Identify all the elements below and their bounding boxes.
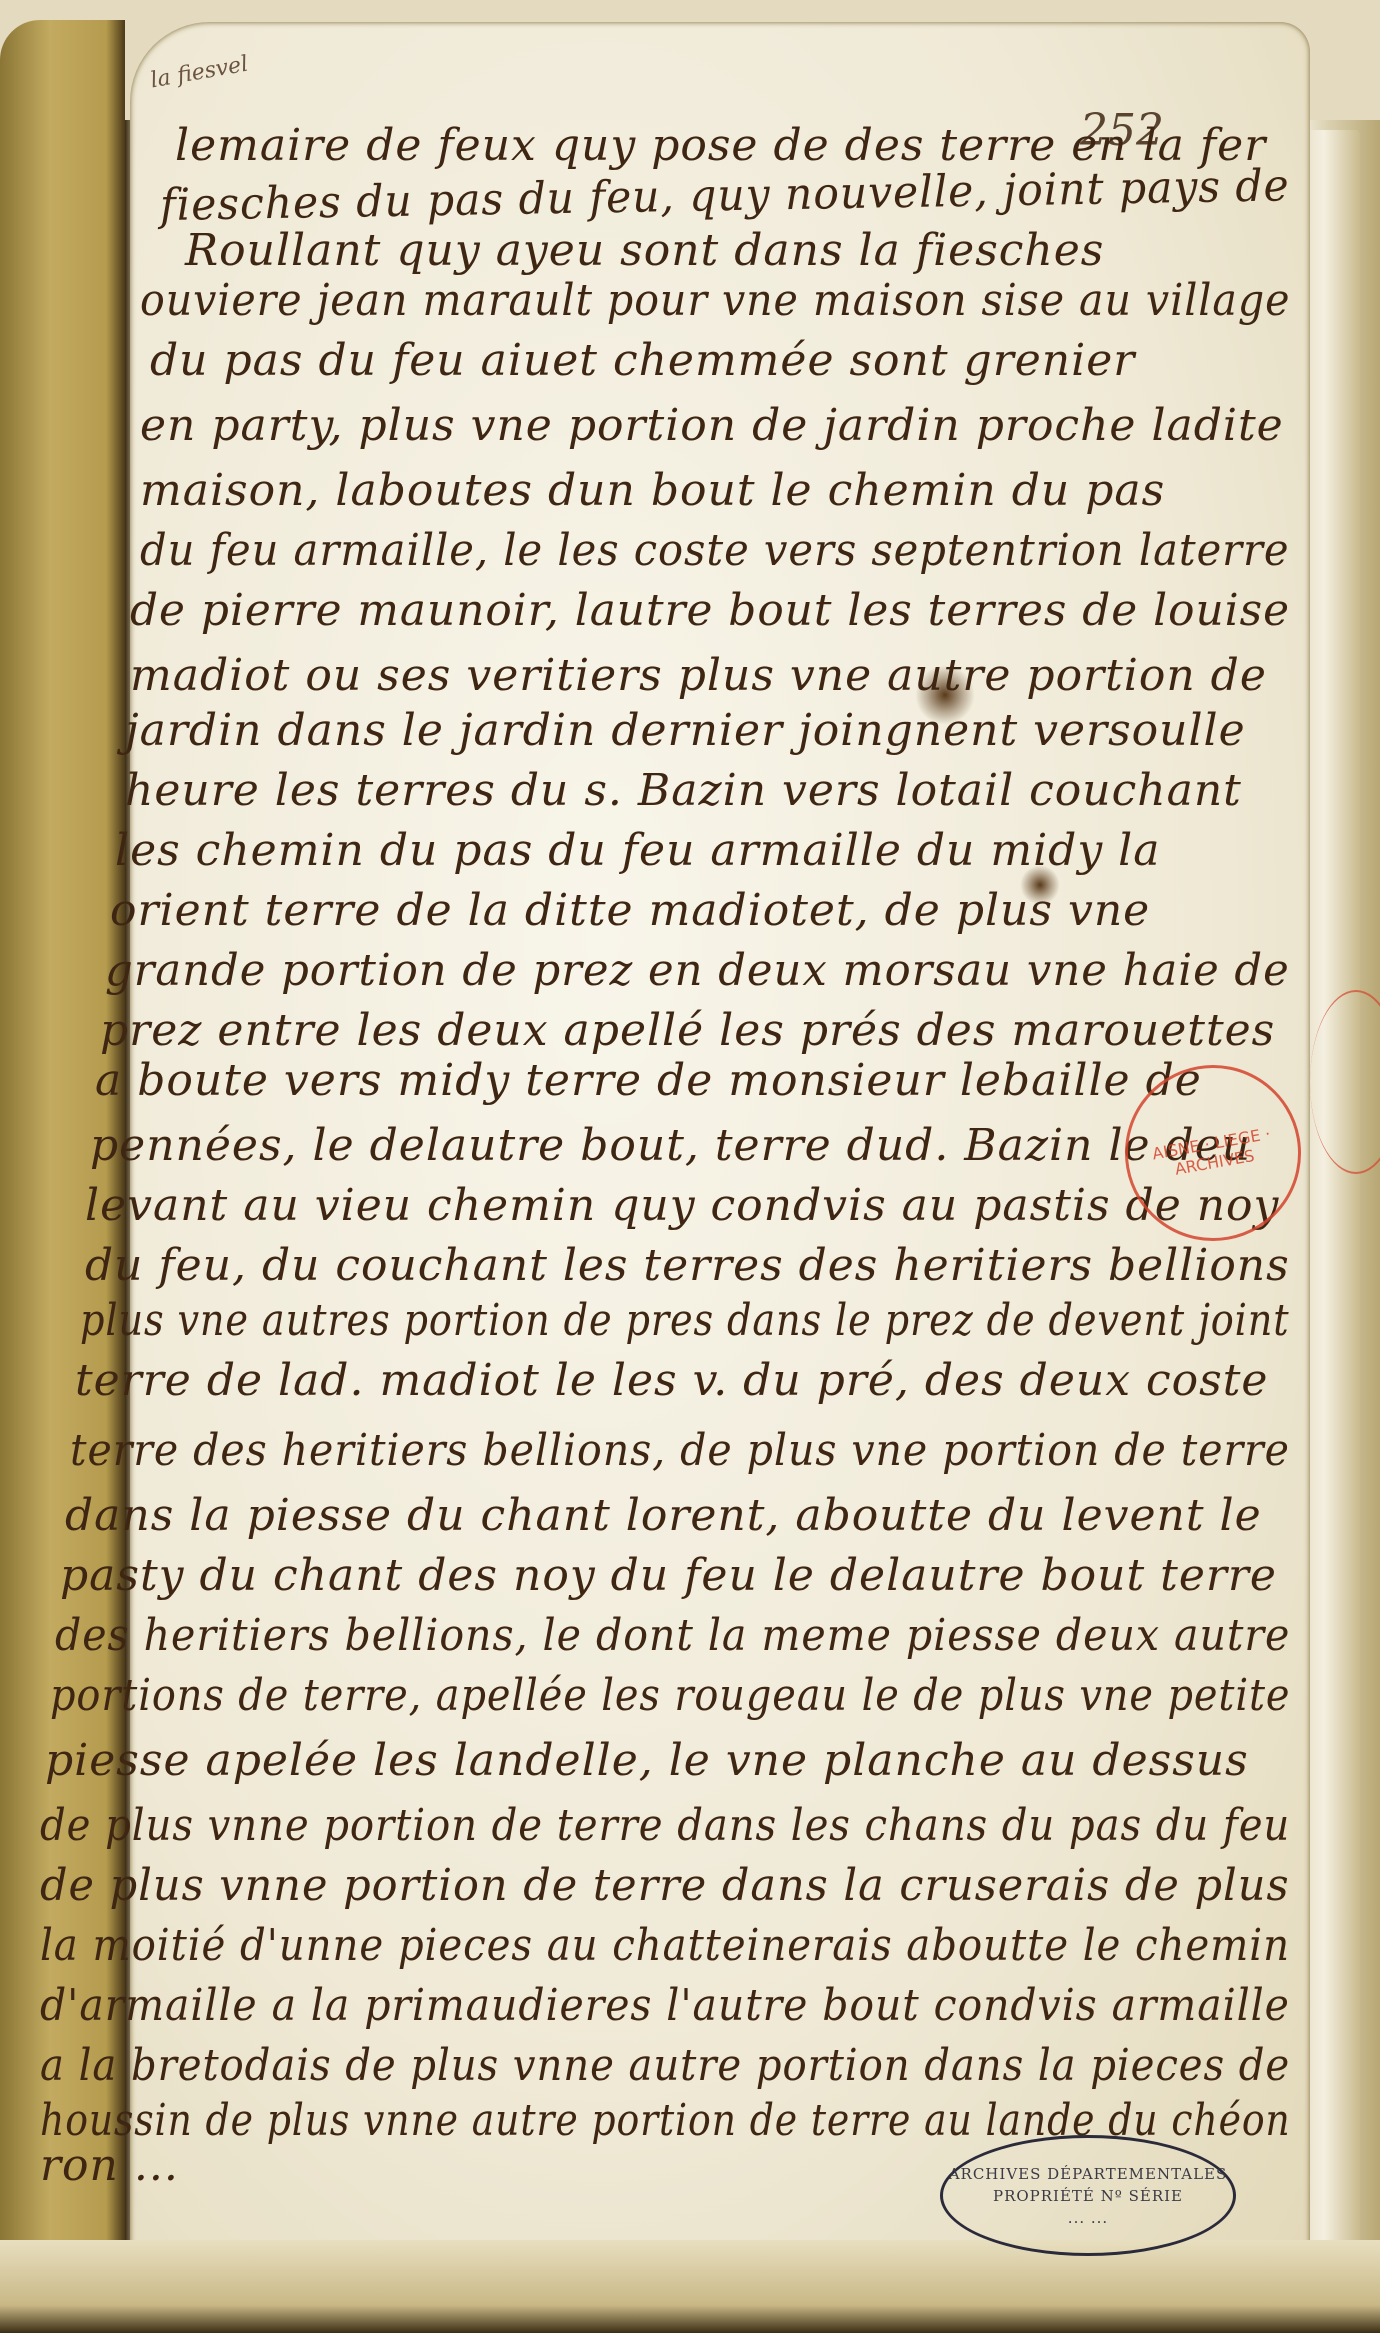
text-line: dans la piesse du chant lorent, aboutte … (65, 1490, 1262, 1541)
text-line: madiot ou ses veritiers plus vne autre p… (130, 650, 1267, 701)
text-line: terre des heritiers bellions, de plus vn… (70, 1425, 1290, 1476)
text-line: heure les terres du s. Bazin vers lotail… (125, 765, 1242, 816)
text-line: orient terre de la ditte madiotet, de pl… (110, 885, 1150, 936)
text-line: du pas du feu aiuet chemmée sont grenier (150, 335, 1135, 386)
text-line: terre de lad. madiot le les v. du pré, d… (75, 1355, 1268, 1406)
text-line: pennées, le delautre bout, terre dud. Ba… (90, 1120, 1251, 1171)
text-line: levant au vieu chemin quy condvis au pas… (85, 1180, 1279, 1231)
text-line: plus vne autres portion de pres dans le … (80, 1295, 1290, 1346)
text-line: pasty du chant des noy du feu le delautr… (60, 1550, 1277, 1601)
text-line: en party, plus vne portion de jardin pro… (140, 400, 1284, 451)
black-oval-archive-stamp: ARCHIVES DÉPARTEMENTALES PROPRIÉTÉ Nº SÉ… (940, 2135, 1236, 2256)
text-line: Roullant quy ayeu sont dans la fiesches (185, 225, 1104, 276)
text-line: a boute vers midy terre de monsieur leba… (95, 1055, 1202, 1106)
text-line: de plus vnne portion de terre dans les c… (40, 1800, 1290, 1851)
oval-stamp-line1: ARCHIVES DÉPARTEMENTALES (949, 2165, 1228, 2183)
page-bottom-fold (0, 2240, 1380, 2333)
text-line: piesse apelée les landelle, le vne planc… (45, 1735, 1249, 1786)
text-line: jardin dans le jardin dernier joingnent … (125, 705, 1246, 756)
text-line: ouviere jean marault pour vne maison sis… (140, 275, 1290, 326)
text-line: la moitié d'unne pieces au chatteinerais… (40, 1920, 1290, 1971)
text-line: portions de terre, apellée les rougeau l… (50, 1670, 1290, 1721)
oval-stamp-line3: ... ... (1068, 2209, 1108, 2227)
text-line: des heritiers bellions, le dont la meme … (55, 1610, 1290, 1661)
text-line: maison, laboutes dun bout le chemin du p… (140, 465, 1165, 516)
text-line: de pierre maunoir, lautre bout les terre… (130, 585, 1290, 636)
text-line: ron ... (40, 2140, 179, 2191)
text-line: a la bretodais de plus vnne autre portio… (40, 2040, 1290, 2091)
text-line: prez entre les deux apellé les prés des … (100, 1005, 1275, 1056)
text-line: de plus vnne portion de terre dans la cr… (40, 1860, 1290, 1911)
red-stamp-text: AISNE · LIEGE · ARCHIVES (1126, 1120, 1300, 1187)
text-line: du feu, du couchant les terres des herit… (85, 1240, 1290, 1291)
oval-stamp-line2: PROPRIÉTÉ Nº SÉRIE (993, 2187, 1183, 2205)
text-line: d'armaille a la primaudieres l'autre bou… (40, 1980, 1290, 2031)
text-line: grande portion de prez en deux morsau vn… (105, 945, 1290, 996)
text-line: du feu armaille, le les coste vers septe… (140, 525, 1290, 576)
text-line: les chemin du pas du feu armaille du mid… (115, 825, 1160, 876)
